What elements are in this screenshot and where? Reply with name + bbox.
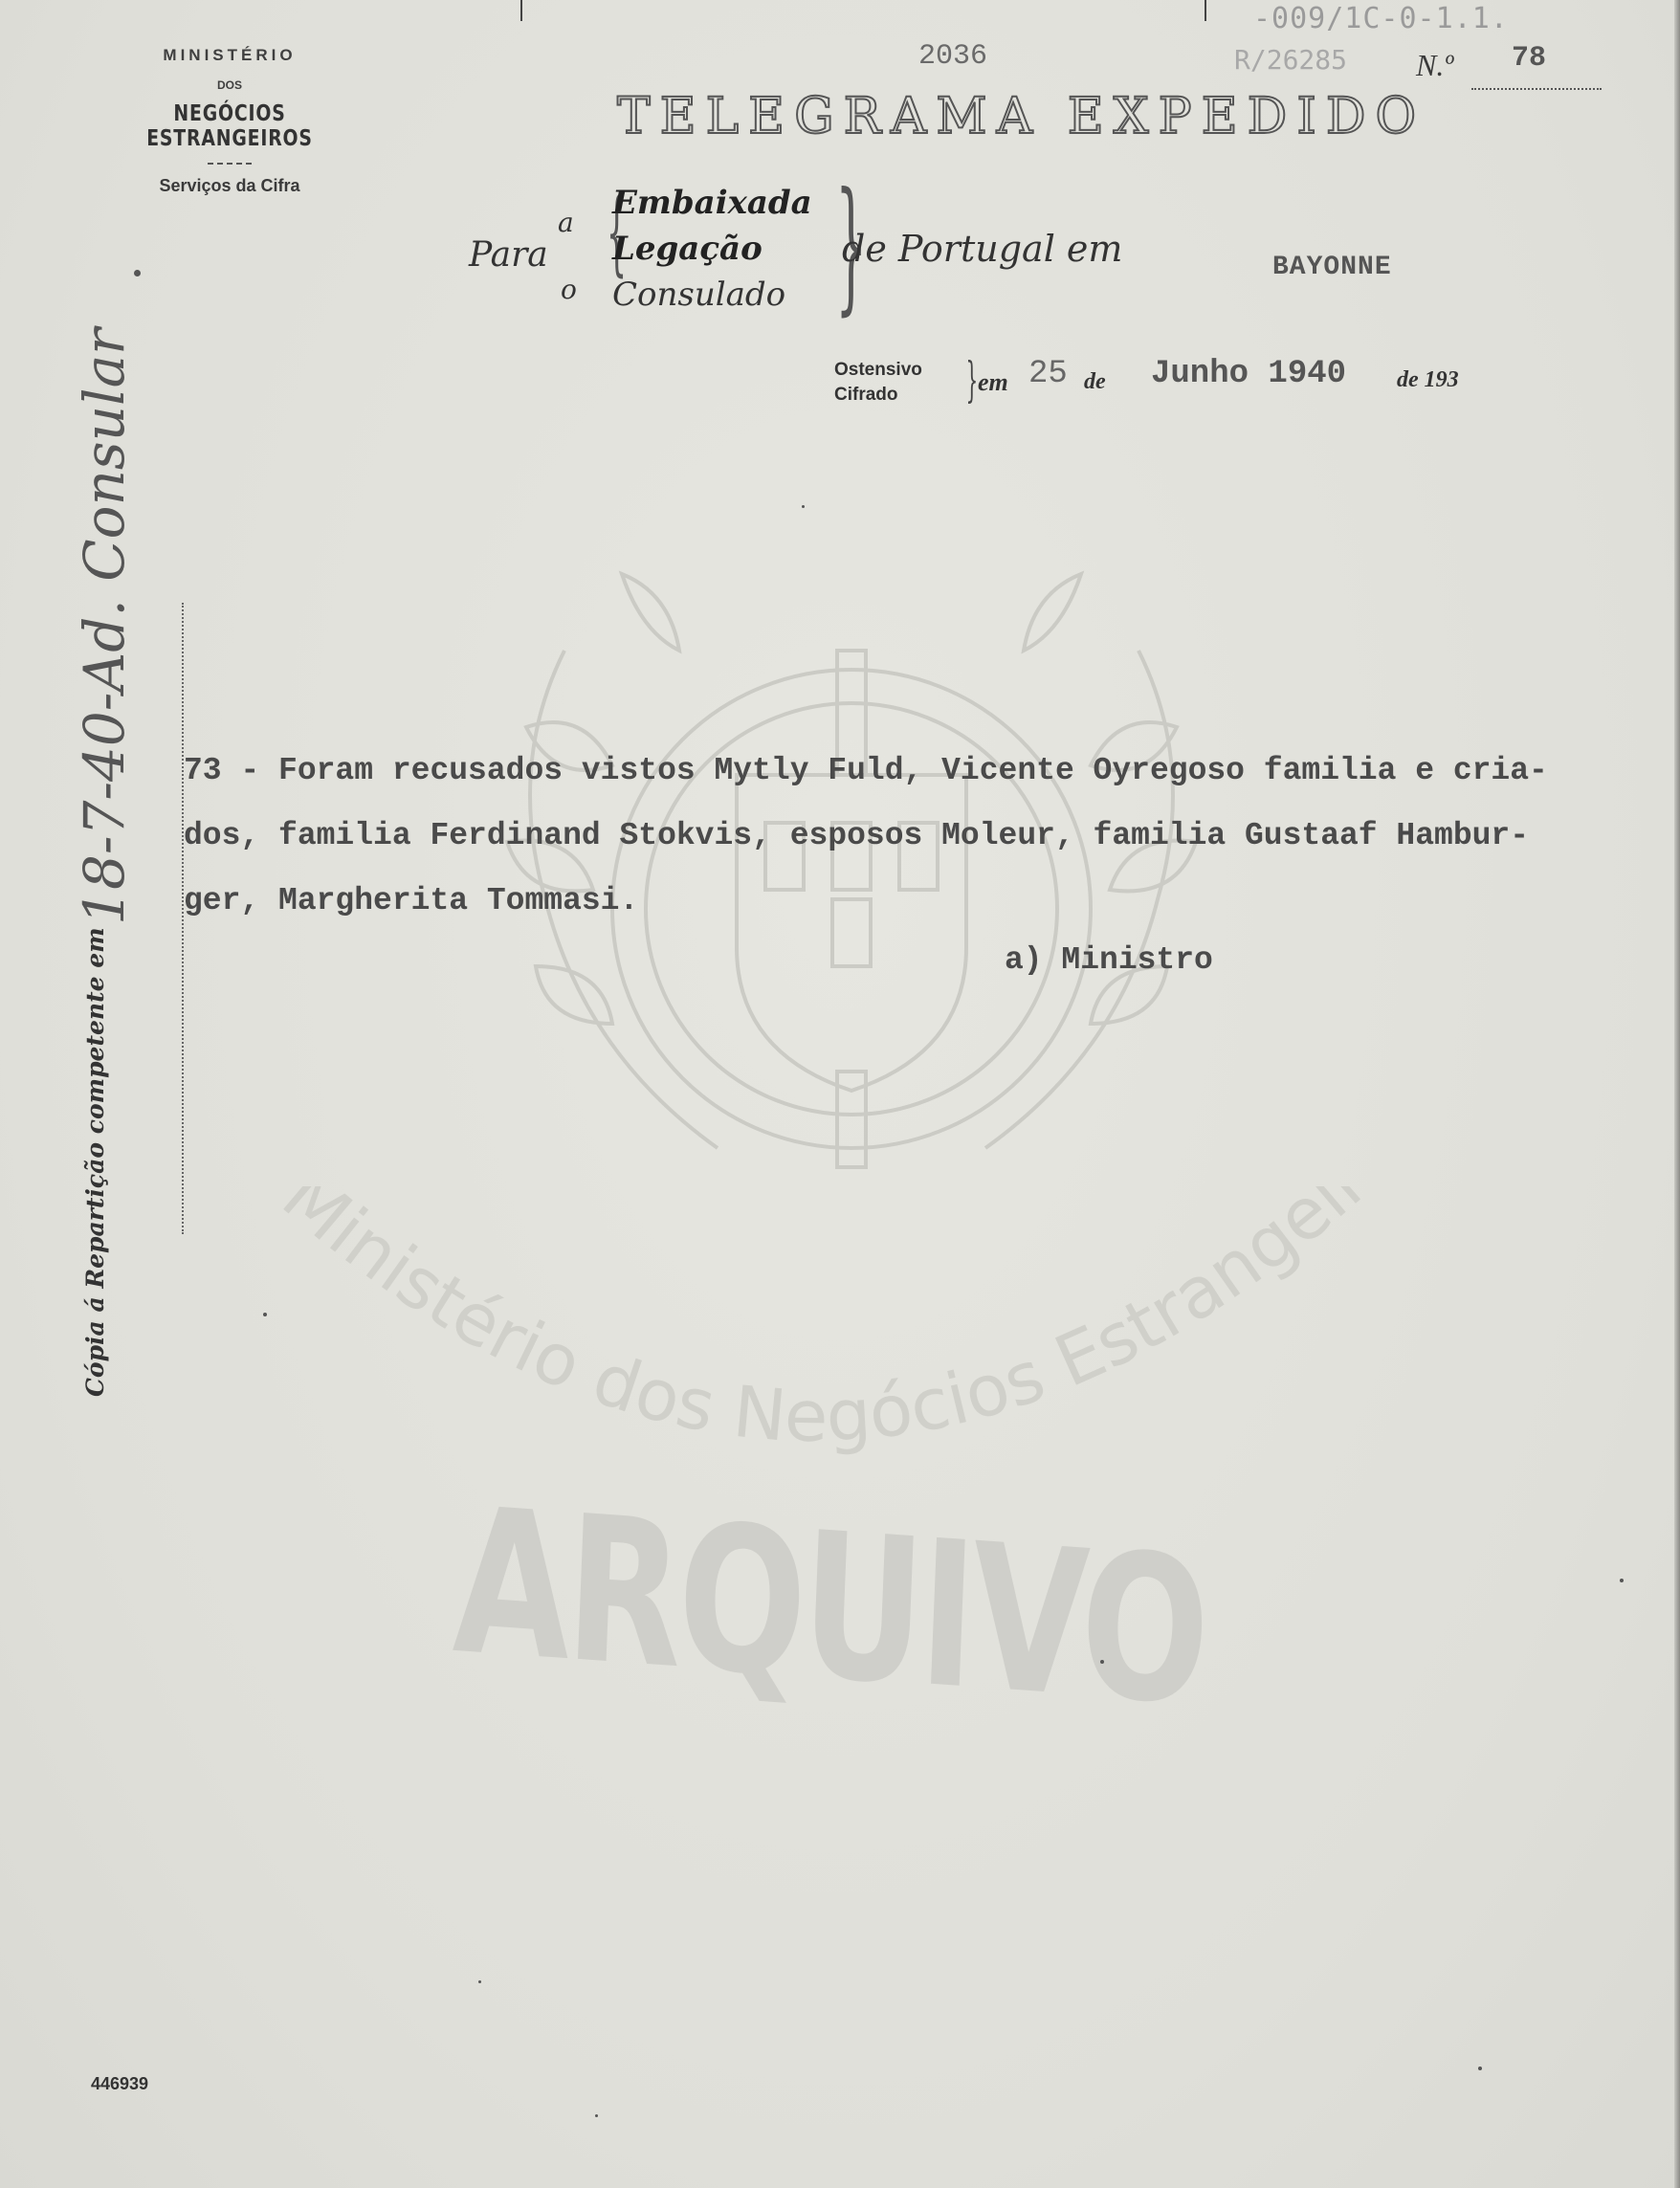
document-number: 446939 (91, 2074, 148, 2094)
fold-mark (1205, 0, 1206, 21)
body-line: ger, Margherita Tommasi. (184, 869, 1657, 934)
recipient-suffix: de Portugal em (842, 228, 1122, 270)
margin-notes: 18-7-40-Ad. Consular Cópia á Repartição … (67, 287, 153, 1397)
option-legacao: Legação (612, 230, 763, 268)
de-label: de (1084, 369, 1106, 395)
department-label: Serviços da Cifra (57, 176, 402, 196)
archive-stamp-line1: -009/1C-0-1.1. (1253, 2, 1509, 35)
body-line: 73 - Foram recusados vistos Mytly Fuld, … (184, 739, 1657, 804)
ministry-line3: NEGÓCIOS ESTRANGEIROS (88, 101, 370, 151)
ministry-line1: MINISTÉRIO (57, 46, 402, 65)
dispatch-type: Ostensivo Cifrado (834, 358, 922, 408)
ink-speck (1100, 1660, 1104, 1664)
option-embaixada: Embaixada (612, 184, 812, 222)
ink-speck (802, 505, 805, 508)
page-edge (1674, 0, 1680, 2188)
article-a: a (558, 207, 574, 238)
dispatch-day: 25 (1028, 356, 1068, 392)
destination-city: BAYONNE (1272, 253, 1392, 282)
type-ostensivo: Ostensivo (834, 358, 922, 383)
ink-speck (1620, 1579, 1624, 1582)
number-underline (1471, 88, 1602, 90)
signature: a) Ministro (1005, 942, 1213, 978)
type-cifrado: Cifrado (834, 383, 922, 408)
telegram-body: 73 - Foram recusados vistos Mytly Fuld, … (184, 739, 1657, 934)
reference-number: 2036 (918, 40, 987, 73)
archive-stamp-line2: R/26285 (1234, 44, 1347, 76)
ink-speck (1478, 2066, 1482, 2070)
ink-speck (263, 1313, 267, 1316)
document-page: MINISTÉRIO DOS NEGÓCIOS ESTRANGEIROS Ser… (0, 0, 1680, 2188)
dispatch-month-year: Junho 1940 (1151, 356, 1346, 392)
ink-speck (478, 1980, 481, 1983)
handwritten-note: 18-7-40-Ad. Consular (72, 292, 158, 961)
dispatch-brace: } (966, 356, 979, 404)
body-line: dos, familia Ferdinand Stokvis, esposos … (184, 804, 1657, 869)
letterhead: MINISTÉRIO DOS NEGÓCIOS ESTRANGEIROS Ser… (57, 46, 402, 196)
option-consulado: Consulado (612, 276, 785, 314)
em-label: em (978, 368, 1008, 397)
para-label: Para (469, 235, 548, 275)
copy-label: Cópia á Repartição competente em (81, 938, 120, 1397)
dotted-line (182, 603, 184, 1234)
ink-speck (134, 270, 141, 276)
article-o: o (561, 274, 577, 305)
number-label: N.º (1416, 48, 1453, 83)
fold-mark (520, 0, 522, 21)
printed-year-suffix: de 193 (1397, 367, 1459, 393)
number-value: 78 (1512, 42, 1546, 75)
ministry-line2: DOS (57, 78, 402, 92)
document-title: TELEGRAMA EXPEDIDO (617, 88, 1426, 145)
svg-text:Ministério dos Negócios Estran: Ministério dos Negócios Estrangeiros (267, 1186, 1442, 1458)
ink-speck (595, 2114, 598, 2117)
divider (208, 163, 252, 165)
